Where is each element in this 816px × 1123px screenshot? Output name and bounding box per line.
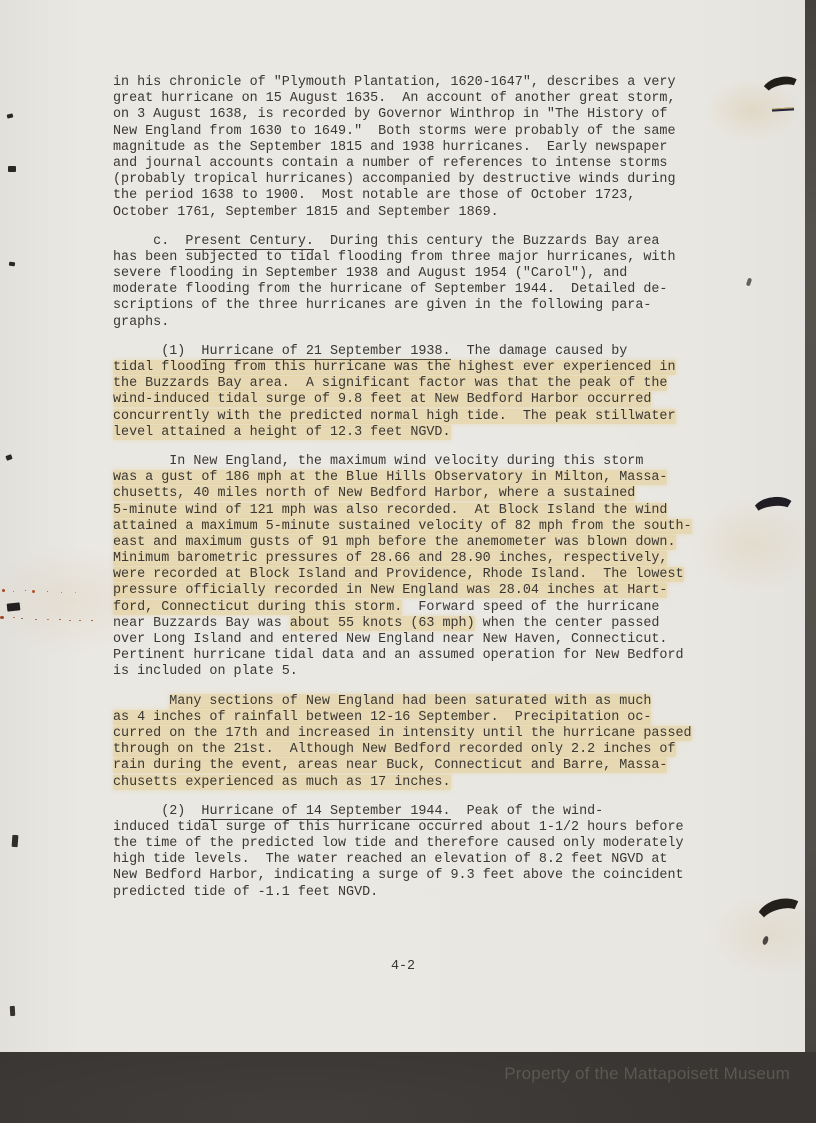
- text-line: New England from 1630 to 1649." Both sto…: [113, 124, 713, 140]
- paragraph: (2) Hurricane of 14 September 1944. Peak…: [113, 804, 713, 901]
- text-line: the Buzzards Bay area. A significant fac…: [113, 376, 713, 392]
- text-line: the period 1638 to 1900. Most notable ar…: [113, 188, 713, 204]
- text-line: Pertinent hurricane tidal data and an as…: [113, 648, 713, 664]
- text-line: graphs.: [113, 315, 713, 331]
- text-line: wind-induced tidal surge of 9.8 feet at …: [113, 392, 713, 408]
- binder-ring-mark: [772, 107, 794, 111]
- text-line: high tide levels. The water reached an e…: [113, 852, 713, 868]
- paragraph: In New England, the maximum wind velocit…: [113, 454, 713, 681]
- text-line: October 1761, September 1815 and Septemb…: [113, 205, 713, 221]
- text-line: (2) Hurricane of 14 September 1944. Peak…: [113, 804, 713, 820]
- text-line: has been subjected to tidal flooding fro…: [113, 250, 713, 266]
- scan-edge-shadow: [805, 0, 816, 1052]
- text-line: through on the 21st. Although New Bedfor…: [113, 742, 713, 758]
- text-line: New Bedford Harbor, indicating a surge o…: [113, 868, 713, 884]
- binder-ring-mark: [762, 935, 770, 945]
- watermark-text: Property of the Mattapoisett Museum: [0, 1052, 816, 1084]
- ink-speck: [746, 278, 752, 287]
- paragraph: in his chronicle of "Plymouth Plantation…: [113, 75, 713, 221]
- text-line: was a gust of 186 mph at the Blue Hills …: [113, 470, 713, 486]
- text-line: and journal accounts contain a number of…: [113, 156, 713, 172]
- text-line: c. Present Century. During this century …: [113, 234, 713, 250]
- watermark-band: Property of the Mattapoisett Museum: [0, 1052, 816, 1123]
- text-line: great hurricane on 15 August 1635. An ac…: [113, 91, 713, 107]
- rust-speck-row: [0, 616, 4, 619]
- ink-speck: [12, 835, 19, 847]
- document-body: in his chronicle of "Plymouth Plantation…: [113, 75, 713, 914]
- text-line: (probably tropical hurricanes) accompani…: [113, 172, 713, 188]
- paragraph: (1) Hurricane of 21 September 1938. The …: [113, 344, 713, 441]
- rust-speck-row: [2, 589, 5, 592]
- binder-ring-mark: [759, 73, 806, 109]
- text-line: magnitude as the September 1815 and 1938…: [113, 140, 713, 156]
- text-line: scriptions of the three hurricanes are g…: [113, 298, 713, 314]
- text-line: tidal flooding from this hurricane was t…: [113, 360, 713, 376]
- text-line: concurrently with the predicted normal h…: [113, 409, 713, 425]
- text-line: (1) Hurricane of 21 September 1938. The …: [113, 344, 713, 360]
- page-number: 4-2: [113, 959, 693, 974]
- text-line: moderate flooding from the hurricane of …: [113, 282, 713, 298]
- text-line: chusetts, 40 miles north of New Bedford …: [113, 486, 713, 502]
- text-line: 5-minute wind of 121 mph was also record…: [113, 503, 713, 519]
- ink-speck: [5, 454, 12, 461]
- text-line: is included on plate 5.: [113, 664, 713, 680]
- text-line: predicted tide of -1.1 feet NGVD.: [113, 885, 713, 901]
- text-line: Minimum barometric pressures of 28.66 an…: [113, 551, 713, 567]
- text-line: severe flooding in September 1938 and Au…: [113, 266, 713, 282]
- text-line: on 3 August 1638, is recorded by Governo…: [113, 107, 713, 123]
- text-line: Many sections of New England had been sa…: [113, 694, 713, 710]
- text-line: attained a maximum 5-minute sustained ve…: [113, 519, 713, 535]
- text-line: east and maximum gusts of 91 mph before …: [113, 535, 713, 551]
- binder-ring-mark: [752, 893, 810, 940]
- binder-ring-mark: [751, 495, 799, 529]
- text-line: as 4 inches of rainfall between 12-16 Se…: [113, 710, 713, 726]
- scanned-page: in his chronicle of "Plymouth Plantation…: [0, 0, 816, 1123]
- text-line: in his chronicle of "Plymouth Plantation…: [113, 75, 713, 91]
- paragraph: c. Present Century. During this century …: [113, 234, 713, 331]
- text-line: induced tidal surge of this hurricane oc…: [113, 820, 713, 836]
- text-line: pressure officially recorded in New Engl…: [113, 583, 713, 599]
- text-line: the time of the predicted low tide and t…: [113, 836, 713, 852]
- text-line: near Buzzards Bay was about 55 knots (63…: [113, 616, 713, 632]
- ink-speck: [8, 166, 16, 172]
- ink-speck: [7, 602, 21, 611]
- paragraph: Many sections of New England had been sa…: [113, 694, 713, 791]
- text-line: rain during the event, areas near Buck, …: [113, 758, 713, 774]
- text-line: chusetts experienced as much as 17 inche…: [113, 775, 713, 791]
- ink-speck: [7, 113, 14, 118]
- text-line: over Long Island and entered New England…: [113, 632, 713, 648]
- text-line: were recorded at Block Island and Provid…: [113, 567, 713, 583]
- text-line: level attained a height of 12.3 feet NGV…: [113, 425, 713, 441]
- ink-speck: [9, 262, 15, 267]
- text-line: In New England, the maximum wind velocit…: [113, 454, 713, 470]
- text-line: curred on the 17th and increased in inte…: [113, 726, 713, 742]
- ink-speck: [10, 1006, 16, 1016]
- text-line: ford, Connecticut during this storm. For…: [113, 600, 713, 616]
